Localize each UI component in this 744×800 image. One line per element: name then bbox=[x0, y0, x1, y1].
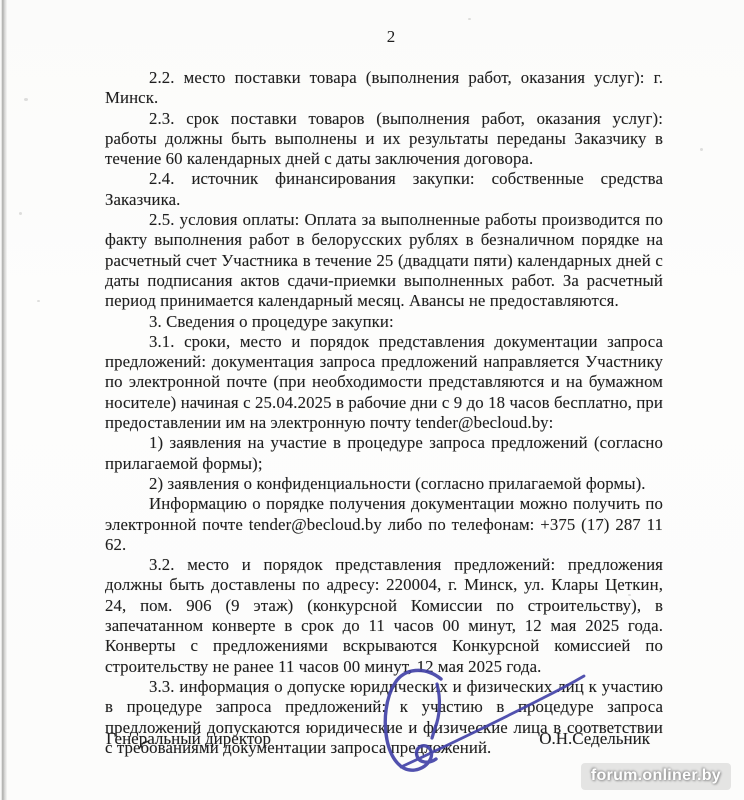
paragraph-2-4: 2.4. источник финансирования закупки: со… bbox=[105, 169, 663, 210]
list-item-1: 1) заявления на участие в процедуре запр… bbox=[105, 433, 663, 474]
page-number: 2 bbox=[0, 0, 744, 48]
paragraph-2-5: 2.5. условия оплаты: Оплата за выполненн… bbox=[105, 210, 663, 311]
watermark: forum.onliner.by bbox=[581, 763, 731, 790]
paragraph-contact: Информацию о порядке получения документа… bbox=[105, 494, 663, 555]
list-item-2: 2) заявления о конфиденциальности (согла… bbox=[105, 474, 663, 494]
scan-speck bbox=[37, 300, 40, 302]
scan-edge-artifact bbox=[0, 0, 7, 800]
signatory-name: О.Н.Седельник bbox=[539, 728, 650, 749]
paragraph-2-2: 2.2. место поставки товара (выполнения р… bbox=[105, 68, 663, 109]
scan-speck bbox=[468, 18, 471, 20]
paragraph-3-2: 3.2. место и порядок представления предл… bbox=[105, 555, 663, 677]
signatory-title: Генеральный директор bbox=[106, 728, 271, 749]
scan-speck bbox=[24, 98, 28, 101]
scan-speck bbox=[628, 594, 631, 596]
paragraph-2-3: 2.3. срок поставки товаров (выполнения р… bbox=[105, 109, 663, 170]
scanned-document-page: 2 2.2. место поставки товара (выполнения… bbox=[0, 0, 744, 800]
paragraph-3-1: 3.1. сроки, место и порядок представлени… bbox=[105, 332, 663, 433]
scan-speck bbox=[700, 148, 703, 151]
paragraph-3: 3. Сведения о процедуре закупки: bbox=[105, 312, 663, 332]
signature-block: Генеральный директор О.Н.Седельник bbox=[0, 728, 744, 749]
scan-speck bbox=[19, 212, 22, 215]
document-body: 2.2. место поставки товара (выполнения р… bbox=[105, 68, 663, 758]
